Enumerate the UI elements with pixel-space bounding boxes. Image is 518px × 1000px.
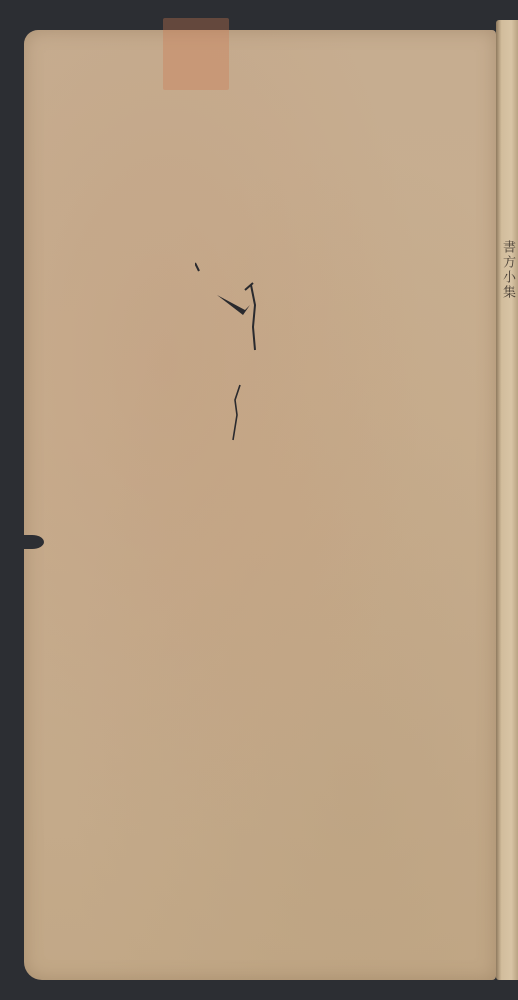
spine-handwriting: 書方小集 [501, 240, 517, 300]
binding-edge [496, 20, 518, 980]
red-seal-stamp [163, 18, 229, 90]
page-tear-notch [20, 535, 44, 549]
manuscript-page [24, 30, 496, 980]
paper-crack [195, 255, 275, 445]
